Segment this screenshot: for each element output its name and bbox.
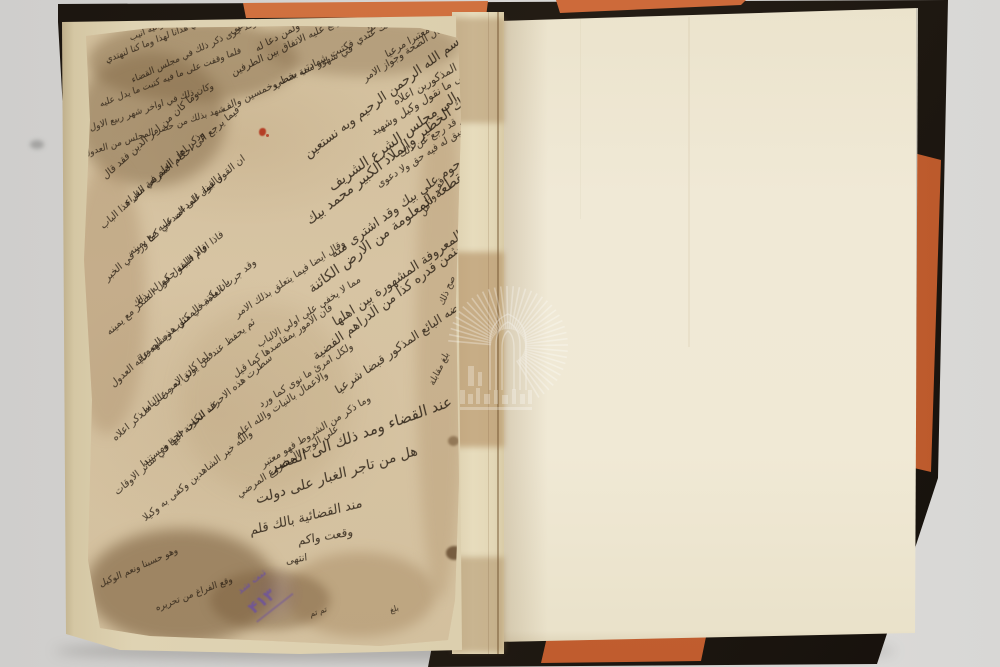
background-smudge [30,140,44,149]
script-line: بلغ مقابلة [428,350,452,387]
red-ink-mark [266,134,269,137]
script-line: بان يكتب المكتوب ويشهد عليه العدول [109,276,232,390]
gutter-crease [488,12,489,654]
script-line: وقعت واكم [298,524,354,548]
script-line: ولما كان الامر على ما ذكر اعلاه [111,347,215,444]
page-crease [580,9,581,219]
script-line: والله خير الشاهدين وكفى به وكيلا [141,428,255,524]
script-line: والبينة على المدعي كما ورد في الخبر [103,172,224,284]
manuscript-photo-scene: وما توفيقي الا بالله عليه توكلت واليه ان… [0,0,1000,667]
under-page-edge-shade [60,14,74,659]
gutter-crease [497,12,499,654]
script-line: وقع الفراغ من تحريره [155,575,234,614]
page-crease [688,17,690,347]
script-line: والا فالقول قول المنكر مع يمينه [105,241,209,338]
script-line: بلغ [389,603,400,615]
script-line: عند الحاجة اليها في سائر الاوقات [113,397,221,498]
right-page-blank [488,5,924,647]
script-line: وهو حسبنا ونعم الوكيل [98,546,179,590]
